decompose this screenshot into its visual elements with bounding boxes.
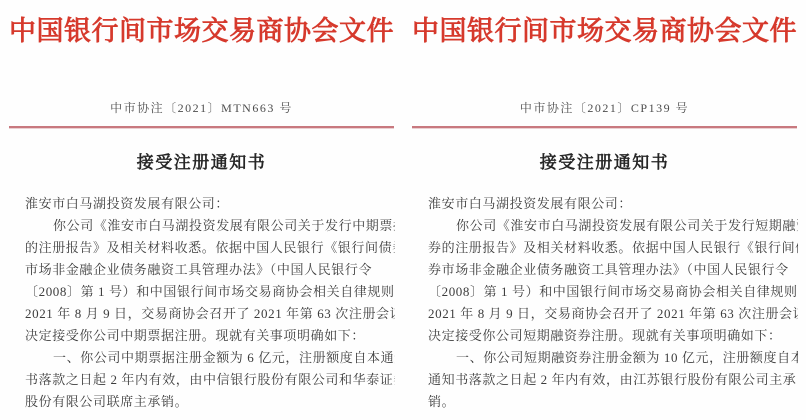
body-line: 的注册报告》及相关材料收悉。依据中国人民银行《银行间债券 bbox=[25, 237, 395, 259]
body-line: 市场非金融企业债务融资工具管理办法》（中国人民银行令 bbox=[25, 259, 395, 281]
body-line: 你公司《淮安市白马湖投资发展有限公司关于发行短期融资 bbox=[428, 215, 798, 237]
official-document-mtn: 中国银行间市场交易商协会文件 中市协注〔2021〕MTN663 号 接受注册通知… bbox=[0, 0, 403, 420]
red-separator-line bbox=[9, 126, 394, 128]
body-line: 淮安市白马湖投资发展有限公司： bbox=[428, 193, 798, 215]
document-number: 中市协注〔2021〕CP139 号 bbox=[403, 99, 806, 116]
red-separator-line bbox=[412, 126, 797, 128]
scanned-documents-canvas: 中国银行间市场交易商协会文件 中市协注〔2021〕MTN663 号 接受注册通知… bbox=[0, 0, 806, 420]
body-line: 一、你公司短期融资券注册金额为 10 亿元，注册额度自本 bbox=[428, 347, 798, 369]
document-body: 淮安市白马湖投资发展有限公司：你公司《淮安市白马湖投资发展有限公司关于发行短期融… bbox=[428, 193, 798, 413]
body-line: 你公司《淮安市白马湖投资发展有限公司关于发行中期票据 bbox=[25, 215, 395, 237]
agency-header-title: 中国银行间市场交易商协会文件 bbox=[408, 9, 801, 48]
document-body: 淮安市白马湖投资发展有限公司：你公司《淮安市白马湖投资发展有限公司关于发行中期票… bbox=[25, 193, 395, 413]
notice-title: 接受注册通知书 bbox=[403, 148, 806, 173]
agency-header-title: 中国银行间市场交易商协会文件 bbox=[5, 9, 398, 48]
body-line: 股份有限公司联席主承销。 bbox=[25, 391, 395, 413]
body-line: 〔2008〕第 1 号）和中国银行间市场交易商协会相关自律规则， bbox=[428, 281, 798, 303]
body-line: 通知书落款之日起 2 年内有效，由江苏银行股份有限公司主承 bbox=[428, 369, 798, 391]
body-line: 决定接受你公司中期票据注册。现就有关事项明确如下： bbox=[25, 325, 395, 347]
body-line: 书落款之日起 2 年内有效，由中信银行股份有限公司和华泰证券 bbox=[25, 369, 395, 391]
body-line: 券的注册报告》及相关材料收悉。依据中国人民银行《银行间债 bbox=[428, 237, 798, 259]
body-line: 销。 bbox=[428, 391, 798, 413]
body-line: 一、你公司中期票据注册金额为 6 亿元，注册额度自本通知 bbox=[25, 347, 395, 369]
body-line: 2021 年 8 月 9 日，交易商协会召开了 2021 年第 63 次注册会议… bbox=[428, 303, 798, 325]
body-line: 〔2008〕第 1 号）和中国银行间市场交易商协会相关自律规则， bbox=[25, 281, 395, 303]
document-number: 中市协注〔2021〕MTN663 号 bbox=[0, 99, 403, 116]
body-line: 决定接受你公司短期融资券注册。现就有关事项明确如下： bbox=[428, 325, 798, 347]
official-document-cp: 中国银行间市场交易商协会文件 中市协注〔2021〕CP139 号 接受注册通知书… bbox=[403, 0, 806, 420]
body-line: 券市场非金融企业债务融资工具管理办法》（中国人民银行令 bbox=[428, 259, 798, 281]
notice-title: 接受注册通知书 bbox=[0, 148, 403, 173]
body-line: 2021 年 8 月 9 日，交易商协会召开了 2021 年第 63 次注册会议… bbox=[25, 303, 395, 325]
body-line: 淮安市白马湖投资发展有限公司： bbox=[25, 193, 395, 215]
